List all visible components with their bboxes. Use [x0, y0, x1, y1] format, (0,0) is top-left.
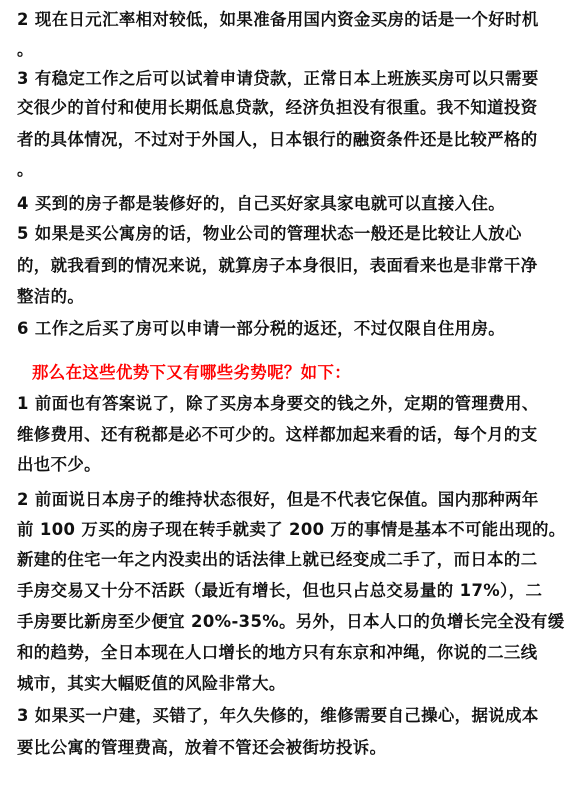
advantage-item-3-line-3: 者的具体情况，不过对于外国人，日本银行的融资条件还是比较严格的 [17, 130, 538, 150]
disadvantage-item-2-line-3: 新建的住宅一年之内没卖出的话法律上就已经变成二手了，而日本的二 [17, 550, 538, 570]
advantage-item-3-line-2: 交很少的首付和使用长期低息贷款，经济负担没有很重。我不知道投资 [17, 98, 538, 118]
disadvantage-item-1-line-3: 出也不少。 [17, 455, 101, 475]
advantage-item-3-line-1: 3 有稳定工作之后可以试着申请贷款，正常日本上班族买房可以只需要 [17, 69, 539, 89]
disadvantage-item-1-line-1: 1 前面也有答案说了，除了买房本身要交的钱之外，定期的管理费用、 [17, 394, 539, 414]
disadvantages-heading: 那么在这些优势下又有哪些劣势呢？如下： [32, 363, 351, 383]
disadvantage-item-1-line-2: 维修费用、还有税都是必不可少的。这样都加起来看的话，每个月的支 [17, 425, 538, 445]
disadvantage-item-2-line-6: 和的趋势，全日本现在人口增长的地方只有东京和冲绳，你说的二三线 [17, 643, 538, 663]
advantage-item-3-line-4: 。 [17, 160, 34, 180]
advantage-item-5-line-1: 5 如果是买公寓房的话，物业公司的管理状态一般还是比较让人放心 [17, 224, 522, 244]
disadvantage-item-2-line-5: 手房要比新房至少便宜 20%-35%。另外，日本人口的负增长完全没有缓 [17, 612, 565, 632]
disadvantage-item-2-line-7: 城市，其实大幅贬值的风险非常大。 [17, 674, 286, 694]
disadvantage-item-2-line-1: 2 前面说日本房子的维持状态很好，但是不代表它保值。国内那种两年 [17, 490, 539, 510]
advantage-item-2-line-1: 2 现在日元汇率相对较低，如果准备用国内资金买房的话是一个好时机 [17, 10, 539, 30]
disadvantage-item-2-line-4: 手房交易又十分不活跃（最近有增长，但也只占总交易量的 17%），二 [17, 581, 542, 601]
disadvantage-item-3-line-2: 要比公寓的管理费高，放着不管还会被街坊投诉。 [17, 738, 386, 758]
disadvantage-item-3-line-1: 3 如果买一户建，买错了，年久失修的，维修需要自己操心，据说成本 [17, 706, 539, 726]
advantage-item-5-line-3: 整洁的。 [17, 287, 84, 307]
advantage-item-4-line-1: 4 买到的房子都是装修好的，自己买好家具家电就可以直接入住。 [17, 194, 505, 214]
advantage-item-6-line-1: 6 工作之后买了房可以申请一部分税的返还，不过仅限自住用房。 [17, 319, 505, 339]
disadvantage-item-2-line-2: 前 100 万买的房子现在转手就卖了 200 万的事情是基本不可能出现的。 [17, 520, 566, 540]
advantage-item-2-line-2: 。 [17, 40, 34, 60]
advantage-item-5-line-2: 的，就我看到的情况来说，就算房子本身很旧，表面看来也是非常干净 [17, 256, 538, 276]
